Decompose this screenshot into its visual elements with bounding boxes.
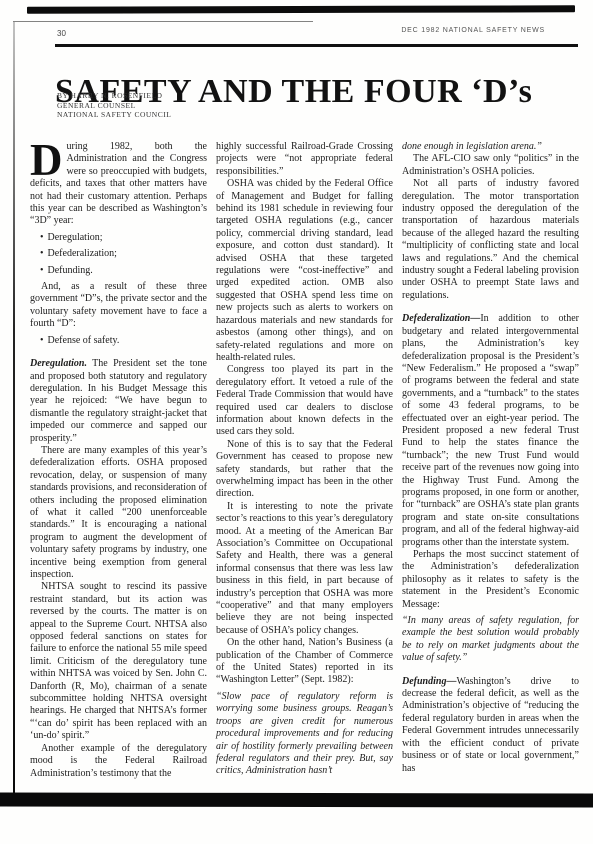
article-column-3: done enough in legislation arena.”The AF…: [402, 141, 579, 789]
byline-author: BY HARRY N. ROSENFIELD: [57, 91, 171, 101]
bullet-item: •Defense of safety.: [30, 335, 207, 347]
paragraph: None of this is to say that the Federal …: [216, 439, 393, 501]
byline: BY HARRY N. ROSENFIELD GENERAL COUNSEL N…: [57, 91, 171, 120]
block-quote: “Slow pace of regulatory reform is worry…: [216, 691, 393, 778]
paragraph: The AFL-CIO saw only “politics” in the A…: [402, 153, 579, 178]
block-quote: done enough in legislation arena.”: [402, 141, 579, 153]
paragraph: On the other hand, Nation’s Business (a …: [216, 637, 393, 687]
paragraph: OSHA was chided by the Federal Office of…: [216, 178, 393, 364]
paragraph: It is interesting to note the private se…: [216, 501, 393, 637]
paragraph: During 1982, both the Administration and…: [30, 141, 207, 228]
byline-organization: NATIONAL SAFETY COUNCIL: [57, 110, 171, 120]
bullet-icon: •: [40, 335, 44, 346]
paragraph: There are many examples of this year’s d…: [30, 445, 207, 581]
paragraph: Perhaps the most succinct statement of t…: [402, 549, 579, 611]
page-number: 30: [57, 29, 66, 38]
article-column-2: highly successful Railroad-Grade Crossin…: [216, 141, 393, 789]
header-rule: [55, 44, 578, 47]
bullet-icon: •: [40, 248, 44, 259]
paragraph: Deregulation. The President set the tone…: [30, 358, 207, 445]
page-border-top: [13, 21, 313, 22]
paragraph: Defunding—Washington’s drive to decrease…: [402, 676, 579, 775]
paragraph: And, as a result of these three governme…: [30, 281, 207, 331]
article-column-1: During 1982, both the Administration and…: [30, 141, 207, 789]
paragraph: highly successful Railroad-Grade Crossin…: [216, 141, 393, 178]
scan-bottom-edge-bar: [0, 792, 593, 807]
bullet-icon: •: [40, 232, 44, 243]
paragraph: NHTSA sought to rescind its passive rest…: [30, 581, 207, 742]
page-border-left: [13, 22, 15, 794]
magazine-page: 30 DEC 1982 NATIONAL SAFETY NEWS SAFETY …: [0, 0, 593, 844]
section-lead: Deregulation.: [30, 358, 87, 369]
paragraph: Congress too played its part in the dere…: [216, 364, 393, 438]
bullet-item: •Defederalization;: [30, 248, 207, 260]
byline-role: GENERAL COUNSEL: [57, 101, 171, 111]
paragraph: Defederalization—In addition to other bu…: [402, 313, 579, 549]
scan-top-edge-artifact: [27, 5, 575, 13]
paragraph: Not all parts of industry favored deregu…: [402, 178, 579, 302]
bullet-item: •Defunding.: [30, 265, 207, 277]
section-lead: Defederalization—: [402, 313, 480, 324]
bullet-item: •Deregulation;: [30, 232, 207, 244]
block-quote: “In many areas of safety regulation, for…: [402, 615, 579, 665]
section-lead: Defunding—: [402, 676, 456, 687]
paragraph: Another example of the deregulatory mood…: [30, 743, 207, 780]
bullet-icon: •: [40, 265, 44, 276]
article-columns: During 1982, both the Administration and…: [30, 141, 580, 789]
drop-cap: D: [30, 141, 67, 177]
journal-header: DEC 1982 NATIONAL SAFETY NEWS: [401, 27, 545, 34]
